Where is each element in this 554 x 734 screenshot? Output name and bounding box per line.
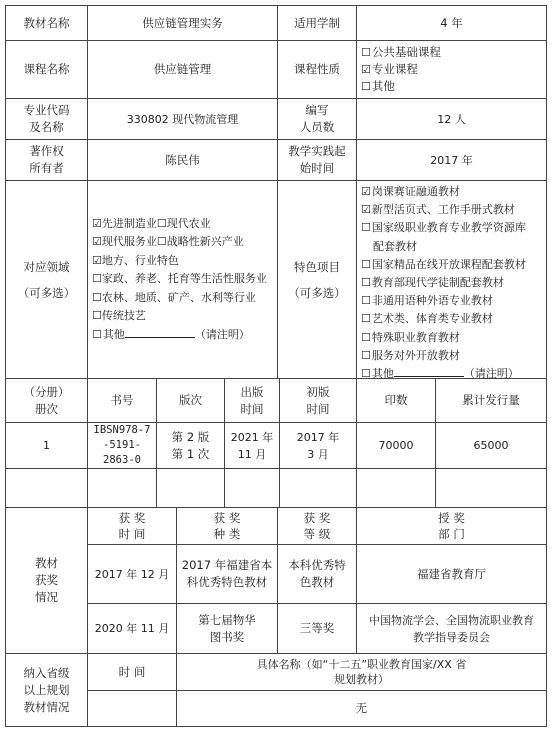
label-textbook-name: 教材名称	[6, 6, 88, 41]
pub-empty-cell[interactable]	[436, 469, 546, 508]
value-text: 陈民伟	[165, 152, 200, 169]
label-line: 对应领域	[18, 254, 76, 280]
label-course-nature: 课程性质	[278, 41, 357, 99]
checkbox-unchecked-icon: ☐	[92, 326, 102, 345]
label-line: 纳入省级	[24, 665, 70, 682]
fields-option[interactable]: ☑地方、行业特色	[92, 252, 179, 271]
option-label: 新型活页式、工作手册式教材	[372, 203, 515, 216]
pub-total-issued: 65000	[436, 423, 546, 469]
cell-line: 第七届物华	[198, 612, 256, 629]
planning-time-value[interactable]	[88, 691, 177, 726]
option-label: 教育部现代学徒制配套教材	[372, 276, 504, 289]
label-major-code: 专业代码及名称	[6, 99, 88, 140]
pub-empty-cell[interactable]	[357, 469, 436, 508]
label-line: 始时间	[288, 160, 346, 177]
option-label: 服务对外开放教材	[372, 349, 460, 362]
header-line: 获 奖	[304, 510, 331, 526]
award-1-time: 2017 年 12 月	[88, 545, 177, 604]
label-line: 特色项目	[288, 254, 346, 280]
fields-option-other[interactable]: ☐其他（请注明）	[92, 326, 250, 345]
checkbox-unchecked-icon: ☐	[361, 292, 371, 310]
cell-line: 2017 年	[297, 429, 340, 446]
cell-line: 3 月	[297, 446, 340, 463]
course-nature-options: ☐公共基础课程 ☑专业课程 ☐其他	[357, 41, 546, 99]
cell-line: 图书奖	[198, 629, 256, 646]
label-line: 著作权	[29, 143, 64, 160]
header-line: 时间	[307, 401, 330, 418]
pub-header-edition: 版次	[157, 379, 225, 423]
fields-option[interactable]: ☐家政、养老、托育等生活性服务业	[92, 270, 270, 289]
option-label: 其他	[103, 328, 125, 341]
pub-edition: 第 2 版第 1 次	[157, 423, 225, 469]
header-line: 累计发行量	[462, 392, 520, 409]
checkbox-unchecked-icon: ☐	[361, 256, 371, 274]
cell-line: 科优秀特色教材	[182, 574, 272, 591]
value-text: 330802 现代物流管理	[127, 111, 239, 128]
label-fields: 对应领域（可多选）	[6, 181, 88, 379]
value-major-code: 330802 现代物流管理	[88, 99, 278, 140]
pub-header-isbn: 书号	[88, 379, 157, 423]
label-line: 教材	[35, 555, 58, 572]
option-label: 非通用语种外语专业教材	[372, 294, 493, 307]
pub-isbn: IBSN978-7-5191-2863-0	[88, 423, 157, 469]
planning-header-name: 具体名称（如“十二五”职业教育国家/XX 省规划教材）	[177, 654, 546, 691]
label-course-name: 课程名称	[6, 41, 88, 99]
option-label: 专业课程	[372, 62, 418, 76]
label-line: 编写	[300, 102, 335, 119]
header-line: 初版	[307, 384, 330, 401]
option-label: 国家精品在线开放课程配套教材	[372, 258, 526, 271]
header-line: 版次	[179, 392, 202, 409]
award-header-level: 获 奖等 级	[278, 508, 357, 545]
value-text: 12 人	[437, 111, 466, 128]
header-line: 时 间	[119, 526, 146, 542]
cell-line: 中国物流学会、全国物流职业教育	[369, 612, 534, 629]
pub-empty-cell[interactable]	[225, 469, 280, 508]
value-text: 2017 年	[430, 152, 473, 169]
label-text: 适用学制	[294, 15, 340, 32]
feature-option[interactable]: ☑岗课赛证融通教材	[361, 183, 460, 201]
award-2-dept: 中国物流学会、全国物流职业教育教学指导委员会	[357, 604, 546, 654]
cell-text: 无	[356, 700, 368, 717]
fields-option[interactable]: ☑现代服务业☐战略性新兴产业	[92, 233, 244, 252]
feature-option[interactable]: ☐艺术类、体育类专业教材	[361, 310, 493, 328]
label-practice-start: 教学实践起始时间	[278, 140, 357, 181]
label-line: 及名称	[24, 119, 70, 136]
feature-option[interactable]: ☐国家精品在线开放课程配套教材	[361, 256, 526, 274]
label-line: 获奖	[35, 572, 58, 589]
pub-date: 2021 年11 月	[225, 423, 280, 469]
fields-option[interactable]: ☑先进制造业☐现代农业	[92, 215, 211, 234]
feature-option[interactable]: ☐国家级职业教育专业教学资源库	[361, 219, 526, 237]
feature-option[interactable]: ☑新型活页式、工作手册式教材	[361, 201, 515, 219]
value-text: 4 年	[440, 15, 462, 32]
checkbox-public-basic[interactable]: ☐公共基础课程	[361, 44, 441, 61]
other-fill-blank[interactable]	[125, 326, 195, 338]
option-label: 国家级职业教育专业教学资源库	[372, 221, 526, 234]
pub-header-volume: （分册）册次	[6, 379, 88, 423]
header-line: 种 类	[214, 526, 241, 542]
planning-header-time: 时 间	[88, 654, 177, 691]
cell-text: 福建省教育厅	[417, 566, 486, 583]
fields-option[interactable]: ☐传统技艺	[92, 307, 146, 326]
pub-header-pub-date: 出版时间	[225, 379, 280, 423]
checkbox-checked-icon: ☑	[361, 61, 371, 78]
option-suffix: （请注明）	[195, 328, 250, 341]
label-line: 人员数	[300, 119, 335, 136]
label-line: 情况	[35, 589, 58, 606]
checkbox-unchecked-icon: ☐	[361, 78, 371, 95]
option-label: 特殊职业教育教材	[372, 331, 460, 344]
header-text: 时 间	[119, 664, 146, 681]
option-label: 其他	[372, 79, 395, 93]
feature-option-continuation: 配套教材	[361, 238, 417, 256]
label-applicable-system: 适用学制	[278, 6, 357, 41]
cell-line: 第 2 版	[172, 429, 210, 446]
value-practice-start: 2017 年	[357, 140, 546, 181]
header-line: 具体名称（如“十二五”职业教育国家/XX 省	[257, 657, 467, 672]
option-label: 岗课赛证融通教材	[372, 185, 460, 198]
header-line: 册次	[24, 401, 70, 418]
header-line: 获 奖	[214, 510, 241, 526]
header-line: 出版	[241, 384, 264, 401]
label-authors-count: 编写人员数	[278, 99, 357, 140]
cell-text: 65000	[474, 437, 509, 454]
label-features: 特色项目（可多选）	[278, 181, 357, 379]
fields-options: ☑先进制造业☐现代农业 ☑现代服务业☐战略性新兴产业 ☑地方、行业特色 ☐家政、…	[88, 181, 278, 379]
label-copyright-owner: 著作权所有者	[6, 140, 88, 181]
header-line: 规划教材）	[257, 672, 467, 687]
feature-option[interactable]: ☐非通用语种外语专业教材	[361, 292, 493, 310]
award-2-level: 三等奖	[278, 604, 357, 654]
label-text: 课程性质	[294, 61, 340, 78]
label-line: （可多选）	[288, 280, 346, 306]
award-header-dept: 授 奖部 门	[357, 508, 546, 545]
pub-empty-cell[interactable]	[280, 469, 357, 508]
checkbox-unchecked-icon: ☐	[361, 310, 371, 328]
checkbox-other[interactable]: ☐其他	[361, 78, 395, 95]
label-line: 教材情况	[24, 699, 70, 716]
award-2-type: 第七届物华图书奖	[177, 604, 278, 654]
award-1-type: 2017 年福建省本科优秀特色教材	[177, 545, 278, 604]
pub-print-count: 70000	[357, 423, 436, 469]
cell-line: 2863-0	[94, 453, 151, 468]
cell-text: 三等奖	[300, 620, 335, 637]
feature-option[interactable]: ☐教育部现代学徒制配套教材	[361, 274, 504, 292]
value-textbook-name: 供应链管理实务	[88, 6, 278, 41]
pub-volume: 1	[6, 423, 88, 469]
header-line: 时间	[241, 401, 264, 418]
cell-line: 2021 年	[231, 429, 274, 446]
checkbox-unchecked-icon: ☐	[361, 274, 371, 292]
value-applicable-system: 4 年	[357, 6, 546, 41]
checkbox-checked-icon: ☑	[361, 201, 371, 219]
value-course-name: 供应链管理	[88, 41, 278, 99]
checkbox-unchecked-icon: ☐	[361, 347, 371, 365]
cell-text: 2020 年 11 月	[95, 620, 169, 637]
checkbox-checked-icon: ☑	[361, 183, 371, 201]
header-line: 书号	[111, 392, 134, 409]
value-text: 供应链管理实务	[142, 15, 223, 32]
label-awards: 教材获奖情况	[6, 508, 88, 654]
pub-first-date: 2017 年3 月	[280, 423, 357, 469]
header-line: 授 奖	[438, 510, 465, 526]
label-text: 教材名称	[24, 15, 70, 32]
cell-line: 色教材	[288, 574, 346, 591]
pub-header-total-issued: 累计发行量	[436, 379, 546, 423]
award-2-time: 2020 年 11 月	[88, 604, 177, 654]
checkbox-unchecked-icon: ☐	[361, 219, 371, 237]
pub-empty-cell[interactable]	[157, 469, 225, 508]
option-label: 艺术类、体育类专业教材	[372, 312, 493, 325]
cell-text: 70000	[379, 437, 414, 454]
cell-text: 1	[43, 437, 50, 454]
award-1-dept: 福建省教育厅	[357, 545, 546, 604]
textbook-info-table: 教材名称 供应链管理实务 适用学制 4 年 课程名称 供应链管理 课程性质 ☐公…	[5, 5, 547, 727]
pub-header-first-date: 初版时间	[280, 379, 357, 423]
value-copyright-owner: 陈民伟	[88, 140, 278, 181]
value-text: 供应链管理	[154, 61, 212, 78]
value-authors-count: 12 人	[357, 99, 546, 140]
label-line: 教学实践起	[288, 143, 346, 160]
other-fill-blank[interactable]	[394, 365, 464, 377]
feature-option[interactable]: ☐特殊职业教育教材	[361, 329, 460, 347]
checkbox-unchecked-icon: ☐	[361, 329, 371, 347]
features-options: ☑岗课赛证融通教材 ☑新型活页式、工作手册式教材 ☐国家级职业教育专业教学资源库…	[357, 181, 546, 379]
label-line: （可多选）	[18, 280, 76, 306]
label-line: 以上规划	[24, 682, 70, 699]
cell-line: 11 月	[231, 446, 274, 463]
header-line: 印数	[385, 392, 408, 409]
pub-header-print-count: 印数	[357, 379, 436, 423]
header-line: 等 级	[304, 526, 331, 542]
label-text: 课程名称	[24, 61, 70, 78]
fields-option[interactable]: ☐农林、地质、矿产、水利等行业	[92, 289, 256, 308]
cell-line: IBSN978-7	[94, 423, 151, 438]
header-line: 部 门	[438, 526, 465, 542]
award-header-time: 获 奖时 间	[88, 508, 177, 545]
cell-line: 2017 年福建省本	[182, 557, 272, 574]
checkbox-unchecked-icon: ☐	[361, 44, 371, 61]
cell-line: 本科优秀特	[288, 557, 346, 574]
feature-option[interactable]: ☐服务对外开放教材	[361, 347, 460, 365]
option-label: 公共基础课程	[372, 45, 441, 59]
checkbox-professional[interactable]: ☑专业课程	[361, 61, 418, 78]
cell-line: 教学指导委员会	[369, 629, 534, 646]
award-header-type: 获 奖种 类	[177, 508, 278, 545]
label-line: 所有者	[29, 160, 64, 177]
pub-empty-cell[interactable]	[88, 469, 157, 508]
header-line: 获 奖	[119, 510, 146, 526]
label-line: 专业代码	[24, 102, 70, 119]
pub-empty-cell[interactable]	[6, 469, 88, 508]
header-line: （分册）	[24, 384, 70, 401]
cell-line: -5191-	[94, 438, 151, 453]
planning-name-value: 无	[177, 691, 546, 726]
award-1-level: 本科优秀特色教材	[278, 545, 357, 604]
cell-line: 第 1 次	[172, 446, 210, 463]
cell-text: 2017 年 12 月	[95, 566, 169, 583]
label-planning: 纳入省级以上规划教材情况	[6, 654, 88, 726]
